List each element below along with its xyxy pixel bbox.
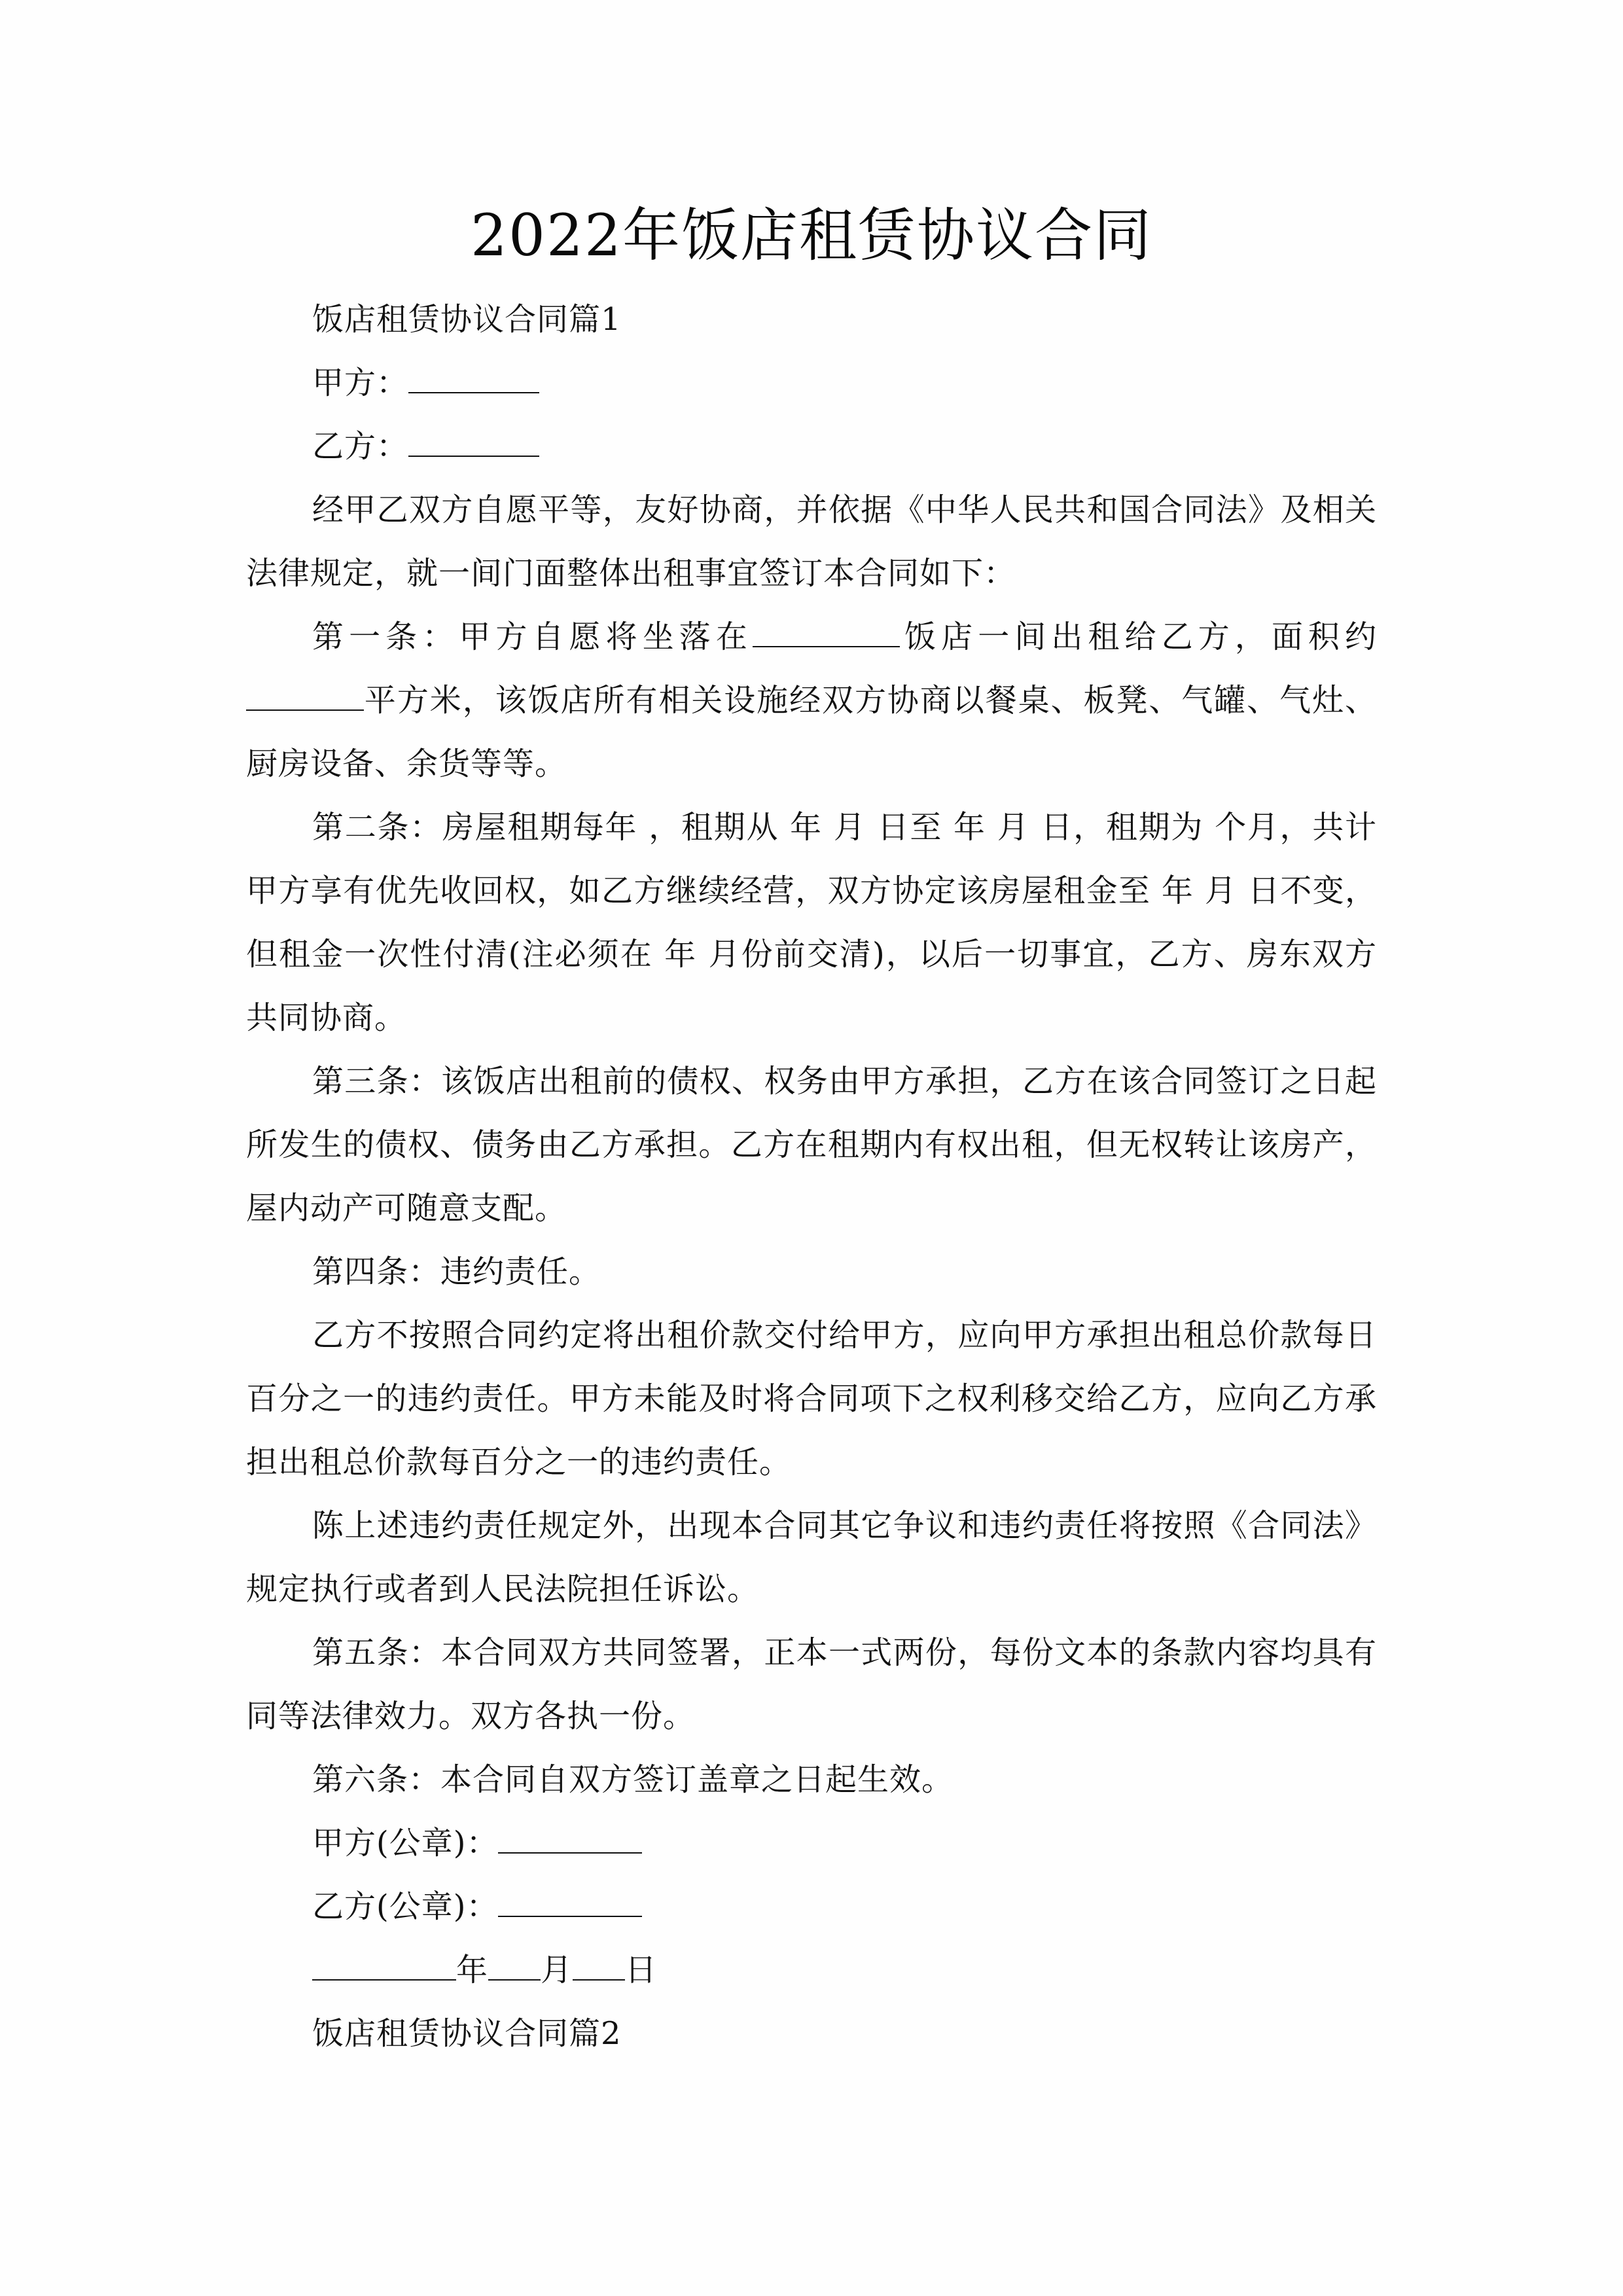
document-page: 2022年饭店租赁协议合同 饭店租赁协议合同篇1 甲方： 乙方： 经甲乙双方自愿… [0, 0, 1623, 2296]
seal-a-line: 甲方(公章)： [246, 1812, 1377, 1875]
document-body: 饭店租赁协议合同篇1 甲方： 乙方： 经甲乙双方自愿平等，友好协商，并依据《中华… [246, 288, 1377, 2066]
intro-paragraph: 经甲乙双方自愿平等，友好协商，并依据《中华人民共和国合同法》及相关法律规定，就一… [246, 478, 1377, 605]
area-blank [246, 678, 364, 711]
year-label: 年 [456, 1952, 488, 1988]
party-b-line: 乙方： [246, 415, 1377, 478]
party-a-blank [408, 361, 539, 393]
seal-b-blank [498, 1884, 642, 1917]
article-1-part3: 平方米，该饭店所有相关设施经双方协商以餐桌、板凳、气罐、气灶、厨房设备、余货等等… [246, 682, 1377, 782]
article-1-part2: 饭店一间出租给乙方，面积约 [900, 619, 1377, 655]
seal-b-label: 乙方(公章)： [312, 1888, 498, 1925]
seal-a-label: 甲方(公章)： [312, 1825, 498, 1861]
date-line: 年月日 [246, 1939, 1377, 2002]
month-label: 月 [541, 1952, 573, 1988]
section-heading-2: 饭店租赁协议合同篇2 [246, 2002, 1377, 2066]
location-blank [753, 615, 900, 647]
document-title: 2022年饭店租赁协议合同 [0, 196, 1623, 275]
month-blank [488, 1948, 541, 1981]
article-4: 第四条：违约责任。 [246, 1240, 1377, 1304]
day-blank [573, 1948, 625, 1981]
party-a-line: 甲方： [246, 351, 1377, 415]
seal-b-line: 乙方(公章)： [246, 1875, 1377, 1939]
party-b-blank [408, 424, 539, 457]
party-b-label: 乙方： [312, 428, 408, 465]
article-6: 第六条：本合同自双方签订盖章之日起生效。 [246, 1748, 1377, 1812]
article-5: 第五条：本合同双方共同签署，正本一式两份，每份文本的条款内容均具有同等法律效力。… [246, 1621, 1377, 1748]
article-3: 第三条：该饭店出租前的债权、权务由甲方承担，乙方在该合同签订之日起所发生的债权、… [246, 1050, 1377, 1240]
section-heading-1: 饭店租赁协议合同篇1 [246, 288, 1377, 351]
article-4-detail: 乙方不按照合同约定将出租价款交付给甲方，应向甲方承担出租总价款每日百分之一的违约… [246, 1304, 1377, 1494]
party-a-label: 甲方： [312, 365, 408, 401]
article-1: 第一条：甲方自愿将坐落在饭店一间出租给乙方，面积约平方米，该饭店所有相关设施经双… [246, 605, 1377, 796]
day-label: 日 [625, 1952, 657, 1988]
article-2: 第二条：房屋租期每年 ，租期从 年 月 日至 年 月 日，租期为 个月，共计甲方… [246, 796, 1377, 1050]
seal-a-blank [498, 1821, 642, 1854]
article-1-part1: 第一条：甲方自愿将坐落在 [312, 619, 753, 655]
year-blank [312, 1948, 456, 1981]
article-4-other: 陈上述违约责任规定外，出现本合同其它争议和违约责任将按照《合同法》规定执行或者到… [246, 1494, 1377, 1621]
